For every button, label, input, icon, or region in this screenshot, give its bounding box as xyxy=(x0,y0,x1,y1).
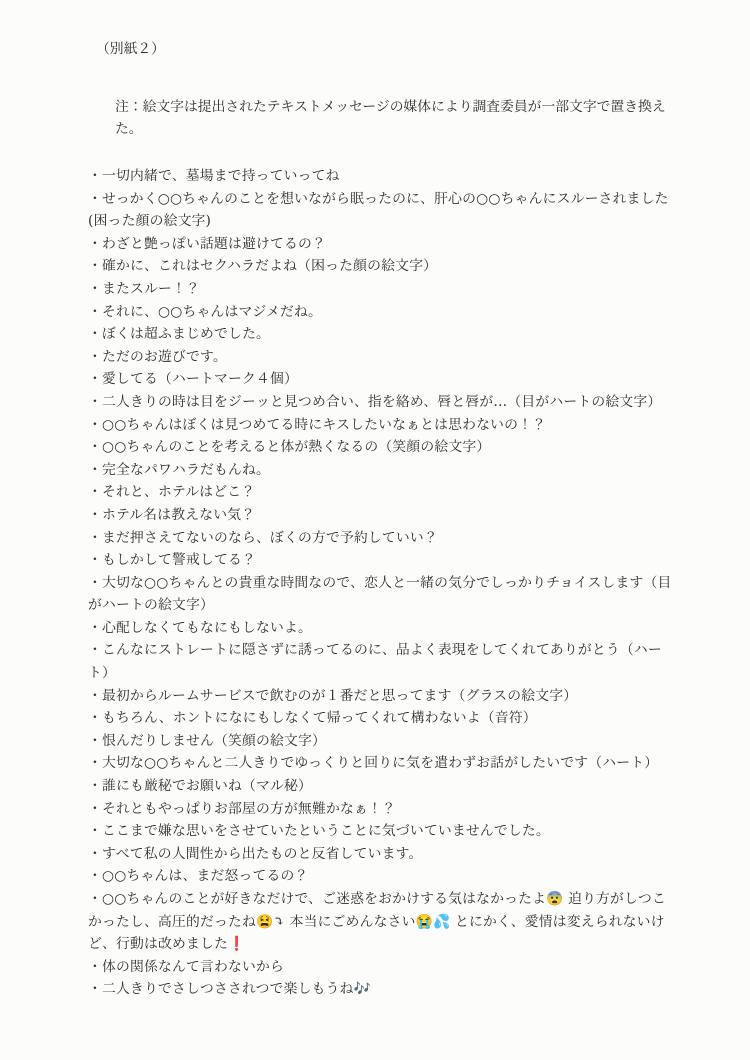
message-list: ・一切内緒で、墓場まで持っていってね・せっかく○○ちゃんのことを想いながら眠った… xyxy=(88,165,672,1001)
message-item: ・体の関係なんて言わないから xyxy=(88,956,672,979)
message-item: ・愛してる（ハートマーク４個） xyxy=(88,368,672,391)
message-item: ・ただのお遊びです。 xyxy=(88,346,672,369)
message-item: ・誰にも厳秘でお願いね（マル秘） xyxy=(88,775,672,798)
message-item: ・完全なパワハラだもんね。 xyxy=(88,459,672,482)
message-item: ・それともやっぱりお部屋の方が無難かなぁ！？ xyxy=(88,798,672,821)
message-item: ・大切な○○ちゃんと二人きりでゆっくりと回りに気を遣わずお話がしたいです（ハート… xyxy=(88,752,672,775)
message-item: ・○○ちゃんのことを考えると体が熱くなるの（笑顔の絵文字） xyxy=(88,436,672,459)
message-item: ・二人きりの時は目をジーッと見つめ合い、指を絡め、唇と唇が…（目がハートの絵文字… xyxy=(88,391,672,414)
message-item: ・心配しなくてもなにもしないよ。 xyxy=(88,617,672,640)
message-item: ・わざと艶っぽい話題は避けてるの？ xyxy=(88,233,672,256)
message-item: ・もちろん、ホントになにもしなくて帰ってくれて構わないよ（音符） xyxy=(88,707,672,730)
message-item: ・○○ちゃんのことが好きなだけで、ご迷惑をおかけする気はなかったよ😨 迫り方がし… xyxy=(88,888,672,956)
message-item: ・ぼくは超ふまじめでした。 xyxy=(88,323,672,346)
attachment-label: （別紙２） xyxy=(96,38,672,60)
message-item: ・せっかく○○ちゃんのことを想いながら眠ったのに、肝心の○○ちゃんにスルーされま… xyxy=(88,188,672,233)
message-item: ・恨んだりしません（笑顔の絵文字） xyxy=(88,730,672,753)
message-item: ・二人きりでさしつさされつで楽しもうね🎶 xyxy=(88,978,672,1001)
message-item: ・確かに、これはセクハラだよね（困った顔の絵文字） xyxy=(88,255,672,278)
message-item: ・一切内緒で、墓場まで持っていってね xyxy=(88,165,672,188)
message-item: ・またスルー！？ xyxy=(88,278,672,301)
message-item: ・○○ちゃんは、まだ怒ってるの？ xyxy=(88,865,672,888)
message-item: ・それに、○○ちゃんはマジメだね。 xyxy=(88,301,672,324)
message-item: ・それと、ホテルはどこ？ xyxy=(88,481,672,504)
message-item: ・大切な○○ちゃんとの貴重な時間なので、恋人と一緒の気分でしっかりチョイスします… xyxy=(88,572,672,617)
message-item: ・まだ押さえてないのなら、ぼくの方で予約していい？ xyxy=(88,527,672,550)
message-item: ・○○ちゃんはぼくは見つめてる時にキスしたいなぁとは思わないの！？ xyxy=(88,414,672,437)
emoji-replacement-note: 注：絵文字は提出されたテキストメッセージの媒体により調査委員が一部文字で置き換え… xyxy=(115,96,672,140)
document-page: （別紙２） 注：絵文字は提出されたテキストメッセージの媒体により調査委員が一部文… xyxy=(0,0,750,1060)
message-item: ・もしかして警戒してる？ xyxy=(88,549,672,572)
message-item: ・こんなにストレートに隠さずに誘ってるのに、品よく表現をしてくれてありがとう（ハ… xyxy=(88,639,672,684)
message-item: ・すべて私の人間性から出たものと反省しています。 xyxy=(88,843,672,866)
message-item: ・最初からルームサービスで飲むのが１番だと思ってます（グラスの絵文字） xyxy=(88,685,672,708)
message-item: ・ここまで嫌な思いをさせていたということに気づいていませんでした。 xyxy=(88,820,672,843)
message-item: ・ホテル名は教えない気？ xyxy=(88,504,672,527)
